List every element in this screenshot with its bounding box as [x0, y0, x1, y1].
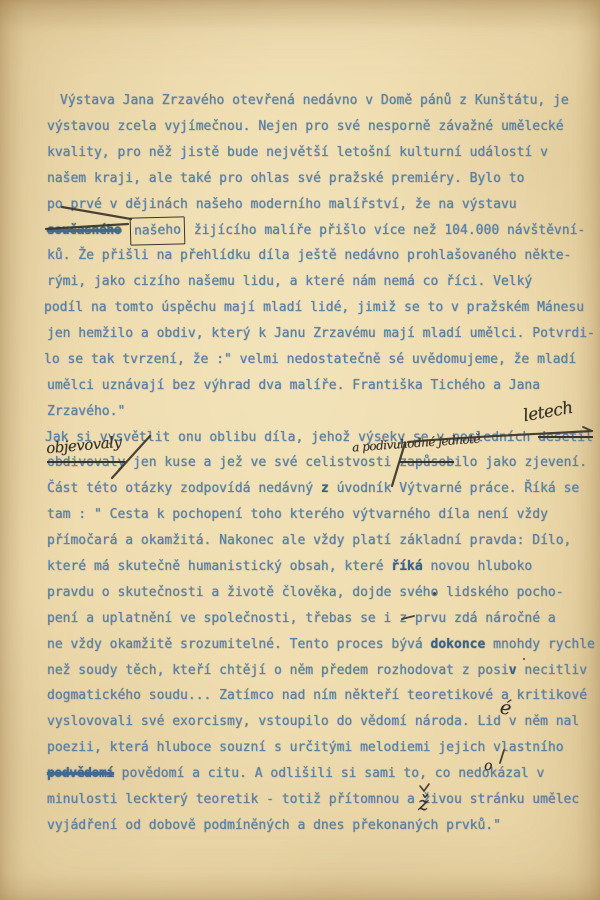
typescript-line: ne vždy okamžitě srozumitelné. Tento pro… — [47, 632, 600, 658]
typescript-line: výstavou zcela vyjímečnou. Nejen pro své… — [47, 114, 600, 140]
typescript-line: obdivovaly jen kuse a jež ve své celistv… — [47, 450, 600, 476]
typescript-segment-x: podvědomí — [47, 766, 114, 781]
typescript-segment-n: povědomí a citu. A odlišili si sami to, … — [114, 766, 544, 781]
typescript-segment-n: úvodník Výtvarné práce. Říká se — [329, 481, 579, 496]
typescript-line: našem kraji, ale také pro ohlas své praž… — [47, 166, 600, 192]
typescript-line: pení a uplatnění ve společnosti, třebas … — [47, 606, 600, 632]
typescript-line: Jak si vysvětlit onu oblibu díla, jehož … — [45, 425, 600, 451]
typescript-line: pravdu o skutečnosti a životě člověka, d… — [47, 580, 600, 606]
typescript-segment-n: jen kuse a jež ve své celistvosti — [125, 455, 399, 470]
typescript-segment-n: umělci uznávají bez výhrad dva malíře. F… — [47, 378, 540, 393]
typescript-line: dogmatického soudu... Zatímco nad ním ně… — [47, 683, 600, 709]
typescript-line: Výstava Jana Zrzavého otevřená nedávno v… — [60, 88, 600, 114]
typescript-segment-b: říká — [391, 559, 422, 574]
typescript-line: kvality, pro něž jistě bude největší let… — [47, 140, 600, 166]
typescript-segment-x: současného — [47, 223, 121, 238]
typescript-line: podvědomí povědomí a citu. A odlišili si… — [47, 761, 600, 787]
typescript-segment-n — [121, 223, 129, 238]
typescript-line: jen hemžilo a obdiv, který k Janu Zrzavé… — [47, 321, 600, 347]
typescript-segment-p: zapůsob — [399, 455, 454, 470]
typescript-line: současného našeho žijícího malíře přišlo… — [47, 217, 600, 243]
typescript-line: tam : " Cesta k pochopení toho kterého v… — [47, 502, 600, 528]
typescript-segment-n: pení a uplatnění ve společnosti, třebas … — [47, 611, 556, 626]
typescript-segment-b: z — [321, 481, 329, 496]
typescript-segment-box: našeho — [130, 217, 186, 246]
typescript-segment-n: pravdu o skutečnosti a životě člověka, d… — [47, 585, 564, 600]
typescript-segment-p: desetil — [538, 430, 593, 445]
typescript-segment-n: Zrzavého." — [47, 404, 125, 419]
typescript-line: lo se tak tvrzení, že :" velmi nedostate… — [44, 347, 600, 373]
typescript-segment-n: novou hluboko — [423, 559, 533, 574]
typescript-line: Část této otázky zodpovídá nedávný z úvo… — [47, 476, 600, 502]
typescript-segment-n: ilo jako zjevení. — [454, 455, 587, 470]
typescript-segment-p: obdivovaly — [47, 455, 125, 470]
ink-speck — [523, 658, 525, 660]
typescript-line: umělci uznávají bez výhrad dva malíře. F… — [47, 373, 600, 399]
typescript-segment-n: které má skutečně humanistický obsah, kt… — [47, 559, 391, 574]
typescript-text: Výstava Jana Zrzavého otevřená nedávno v… — [47, 88, 600, 839]
typescript-segment-n: tam : " Cesta k pochopení toho kterého v… — [47, 507, 548, 522]
typescript-segment-n: vyjádření od dobově podmíněných a dnes p… — [47, 818, 501, 833]
typescript-line: vyslovovali své exorcismy, vstoupilo do … — [47, 709, 600, 735]
typescript-segment-n: přímočará a okamžitá. Nakonec ale vždy p… — [47, 533, 571, 548]
typescript-page: Výstava Jana Zrzavého otevřená nedávno v… — [0, 0, 600, 900]
ink-speck — [433, 592, 436, 595]
handwritten-annotation: ž — [418, 791, 428, 815]
typescript-line: podíl na tomto úspěchu mají mladí lidé, … — [44, 295, 600, 321]
typescript-line: ků. Že přišli na přehlídku díla ještě ne… — [47, 243, 600, 269]
typescript-segment-n: minulosti leckterý teoretik - totiž přít… — [47, 792, 579, 807]
typescript-segment-n: než soudy těch, kteří chtějí o něm přede… — [47, 663, 509, 678]
typescript-segment-n: lo se tak tvrzení, že :" velmi nedostate… — [44, 352, 576, 367]
typescript-segment-n: rými, jako cizího našemu lidu, a které n… — [47, 274, 532, 289]
handwritten-annotation: o — [484, 758, 492, 774]
typescript-segment-n: ků. Že přišli na přehlídku díla ještě ne… — [47, 248, 571, 263]
typescript-line: než soudy těch, kteří chtějí o něm přede… — [47, 658, 600, 684]
typescript-segment-n: žijícího malíře přišlo více než 104.000 … — [186, 223, 585, 238]
typescript-segment-n: necitliv — [517, 663, 587, 678]
typescript-line: poezii, která hluboce souzní s určitými … — [47, 735, 600, 761]
typescript-line: po prvé v dějinách našeho moderního malí… — [47, 192, 600, 218]
typescript-line: rými, jako cizího našemu lidu, a které n… — [47, 269, 600, 295]
typescript-segment-n: podíl na tomto úspěchu mají mladí lidé, … — [44, 300, 584, 315]
typescript-segment-n: Část této otázky zodpovídá nedávný — [47, 481, 321, 496]
typescript-segment-n: výstavou zcela vyjímečnou. Nejen pro své… — [47, 119, 564, 134]
typescript-segment-n: našem kraji, ale také pro ohlas své praž… — [47, 171, 524, 186]
typescript-line: vyjádření od dobově podmíněných a dnes p… — [47, 813, 600, 839]
typescript-segment-b: v — [509, 663, 517, 678]
typescript-segment-b: dokonce — [431, 637, 486, 652]
typescript-segment-n: Výstava Jana Zrzavého otevřená nedávno v… — [60, 93, 569, 108]
typescript-segment-n: po prvé v dějinách našeho moderního malí… — [47, 197, 517, 212]
typescript-segment-n: jen hemžilo a obdiv, který k Janu Zrzavé… — [47, 326, 595, 341]
typescript-line: přímočará a okamžitá. Nakonec ale vždy p… — [47, 528, 600, 554]
typescript-segment-n: kvality, pro něž jistě bude největší let… — [47, 145, 548, 160]
typescript-segment-n: ne vždy okamžitě srozumitelné. Tento pro… — [47, 637, 431, 652]
typescript-line: které má skutečně humanistický obsah, kt… — [47, 554, 600, 580]
typescript-line: Zrzavého." — [47, 399, 600, 425]
typescript-segment-n: poezii, která hluboce souzní s určitými … — [47, 740, 564, 755]
typescript-line: minulosti leckterý teoretik - totiž přít… — [47, 787, 600, 813]
typescript-segment-n: mnohdy rychle — [485, 637, 595, 652]
